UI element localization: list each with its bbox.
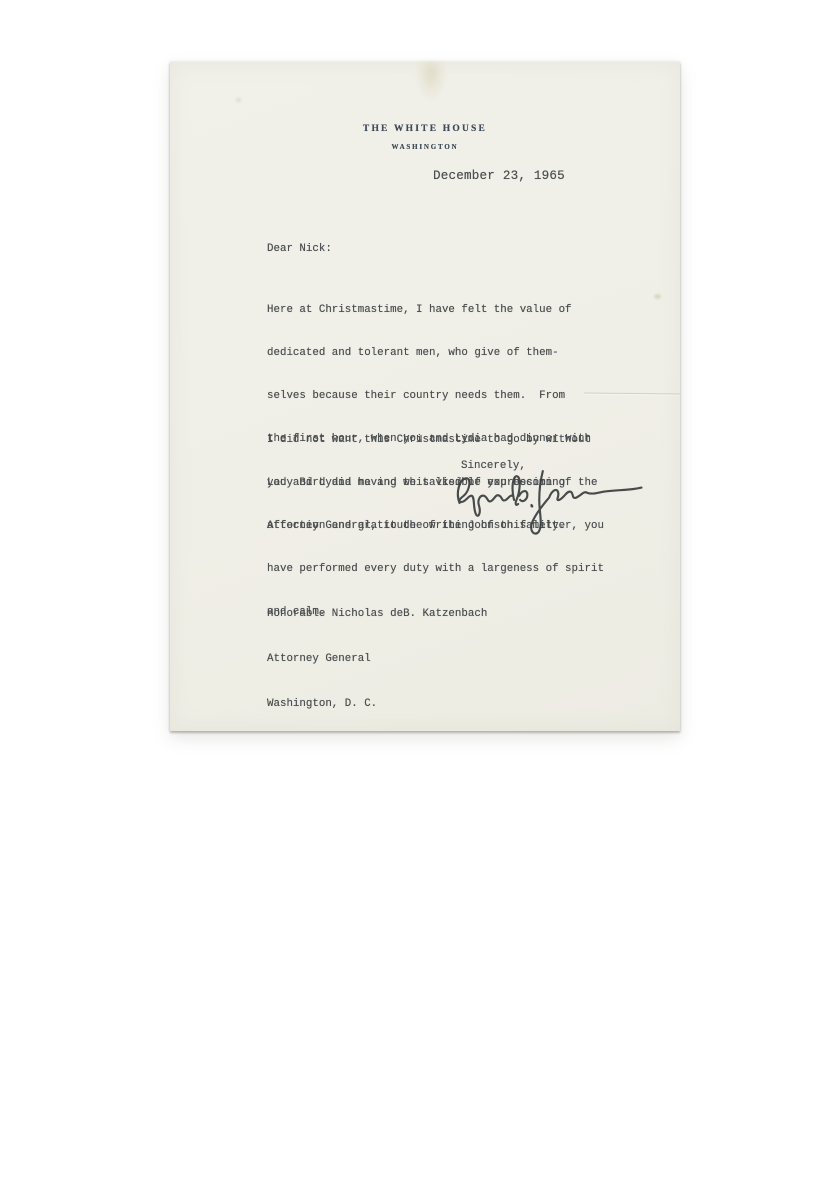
letterhead-title: THE WHITE HOUSE xyxy=(170,124,680,134)
recipient-name-line: Honorable Nicholas deB. Katzenbach xyxy=(267,607,487,622)
paper-speck xyxy=(236,98,241,102)
body-line: have performed every duty with a largene… xyxy=(267,562,604,576)
salutation: Dear Nick: xyxy=(267,243,332,255)
body-line: Here at Christmastime, I have felt the v… xyxy=(267,303,604,317)
letter-scan: THE WHITE HOUSE WASHINGTON December 23, … xyxy=(170,62,680,731)
letterhead: THE WHITE HOUSE WASHINGTON xyxy=(170,124,680,151)
date-line: December 23, 1965 xyxy=(433,169,565,183)
recipient-title-line: Attorney General xyxy=(267,652,487,667)
recipient-city-line: Washington, D. C. xyxy=(267,697,487,712)
paper-stain xyxy=(416,62,446,102)
recipient-block: Honorable Nicholas deB. Katzenbach Attor… xyxy=(267,577,487,742)
body-line: I did not want this Christmastime to go … xyxy=(267,433,597,447)
paper-speck xyxy=(654,294,661,299)
letterhead-subtitle: WASHINGTON xyxy=(170,143,680,151)
body-line: selves because their country needs them.… xyxy=(267,389,604,403)
photo-background: THE WHITE HOUSE WASHINGTON December 23, … xyxy=(0,0,819,1197)
body-line: dedicated and tolerant men, who give of … xyxy=(267,346,604,360)
signature-lyndon-b-johnson xyxy=(452,466,648,540)
